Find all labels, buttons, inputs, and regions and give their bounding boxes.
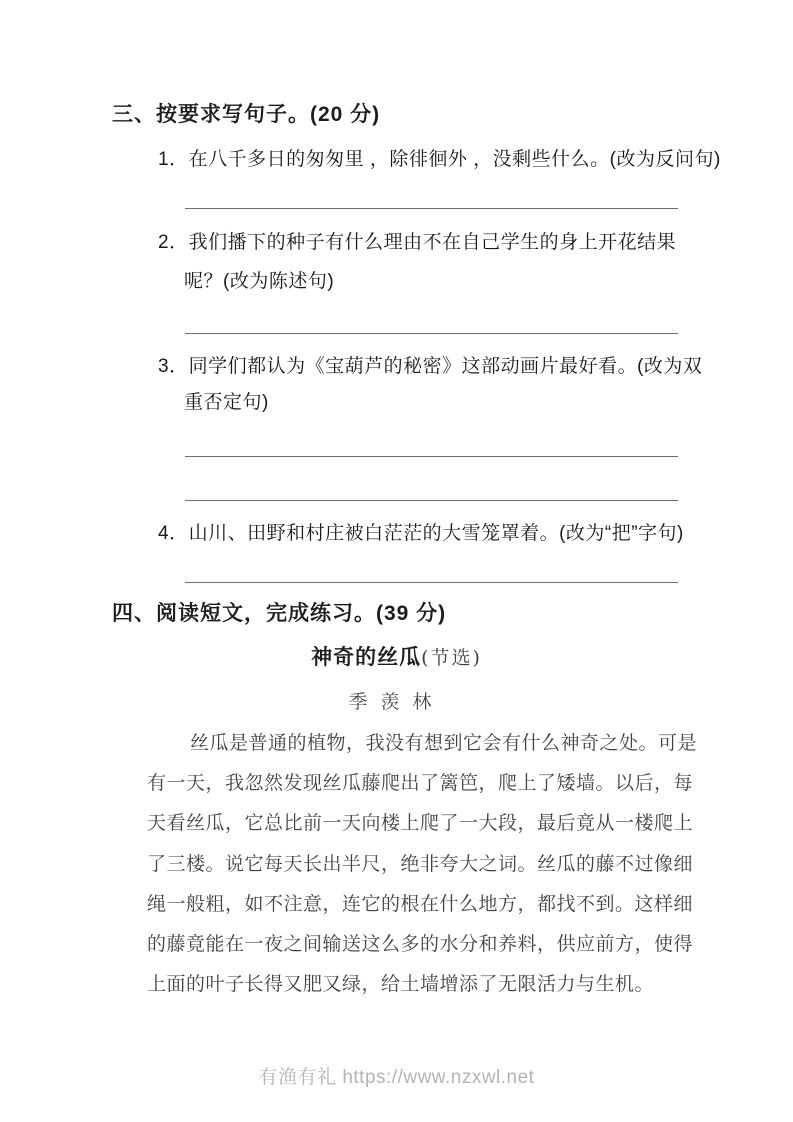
- passage-title: 神奇的丝瓜(节选): [0, 641, 793, 671]
- passage-title-suffix: (节选): [421, 647, 482, 669]
- passage-line: 的藤竟能在一夜之间输送这么多的水分和养料，供应前方，使得: [147, 931, 693, 957]
- question-3-text-continued: 重否定句): [184, 390, 269, 416]
- answer-line[interactable]: [185, 582, 678, 583]
- question-3-text: 3．同学们都认为《宝葫芦的秘密》这部动画片最好看。(改为双: [158, 354, 702, 380]
- passage-line: 绳一般粗，如不注意，连它的根在什么地方，都找不到。这样细: [147, 891, 693, 917]
- answer-line[interactable]: [185, 500, 678, 501]
- answer-line[interactable]: [185, 208, 678, 209]
- answer-line[interactable]: [185, 333, 678, 334]
- worksheet-page: 三、按要求写句子。(20 分) 1．在八千多日的匆匆里 ，除徘徊外 ，没剩些什么…: [0, 0, 793, 1122]
- passage-author: 季羡林: [0, 687, 793, 714]
- question-1-text: 1．在八千多日的匆匆里 ，除徘徊外 ，没剩些什么。(改为反问句): [158, 147, 721, 173]
- passage-line: 天看丝瓜，它总比前一天向楼上爬了一大段，最后竟从一楼爬上: [147, 810, 693, 836]
- watermark-footer: 有渔有礼 https://www.nzxwl.net: [0, 1065, 793, 1091]
- section-four-heading: 四、阅读短文，完成练习。(39 分): [112, 600, 446, 628]
- section-three-heading: 三、按要求写句子。(20 分): [112, 101, 380, 129]
- passage-title-main: 神奇的丝瓜: [311, 646, 421, 669]
- passage-line: 丝瓜是普通的植物，我没有想到它会有什么神奇之处。可是: [190, 730, 697, 756]
- passage-line: 有一天，我忽然发现丝瓜藤爬出了篱笆，爬上了矮墙。以后，每: [147, 770, 693, 796]
- question-2-text-continued: 呢？(改为陈述句): [184, 269, 334, 295]
- question-4-text: 4．山川、田野和村庄被白茫茫的大雪笼罩着。(改为“把”字句): [158, 521, 684, 547]
- answer-line[interactable]: [185, 456, 678, 457]
- question-2-text: 2．我们播下的种子有什么理由不在自己学生的身上开花结果: [158, 230, 676, 256]
- passage-line: 了三楼。说它每天长出半尺，绝非夸大之词。丝瓜的藤不过像细: [147, 851, 693, 877]
- passage-line: 上面的叶子长得又肥又绿，给土墙增添了无限活力与生机。: [147, 971, 654, 997]
